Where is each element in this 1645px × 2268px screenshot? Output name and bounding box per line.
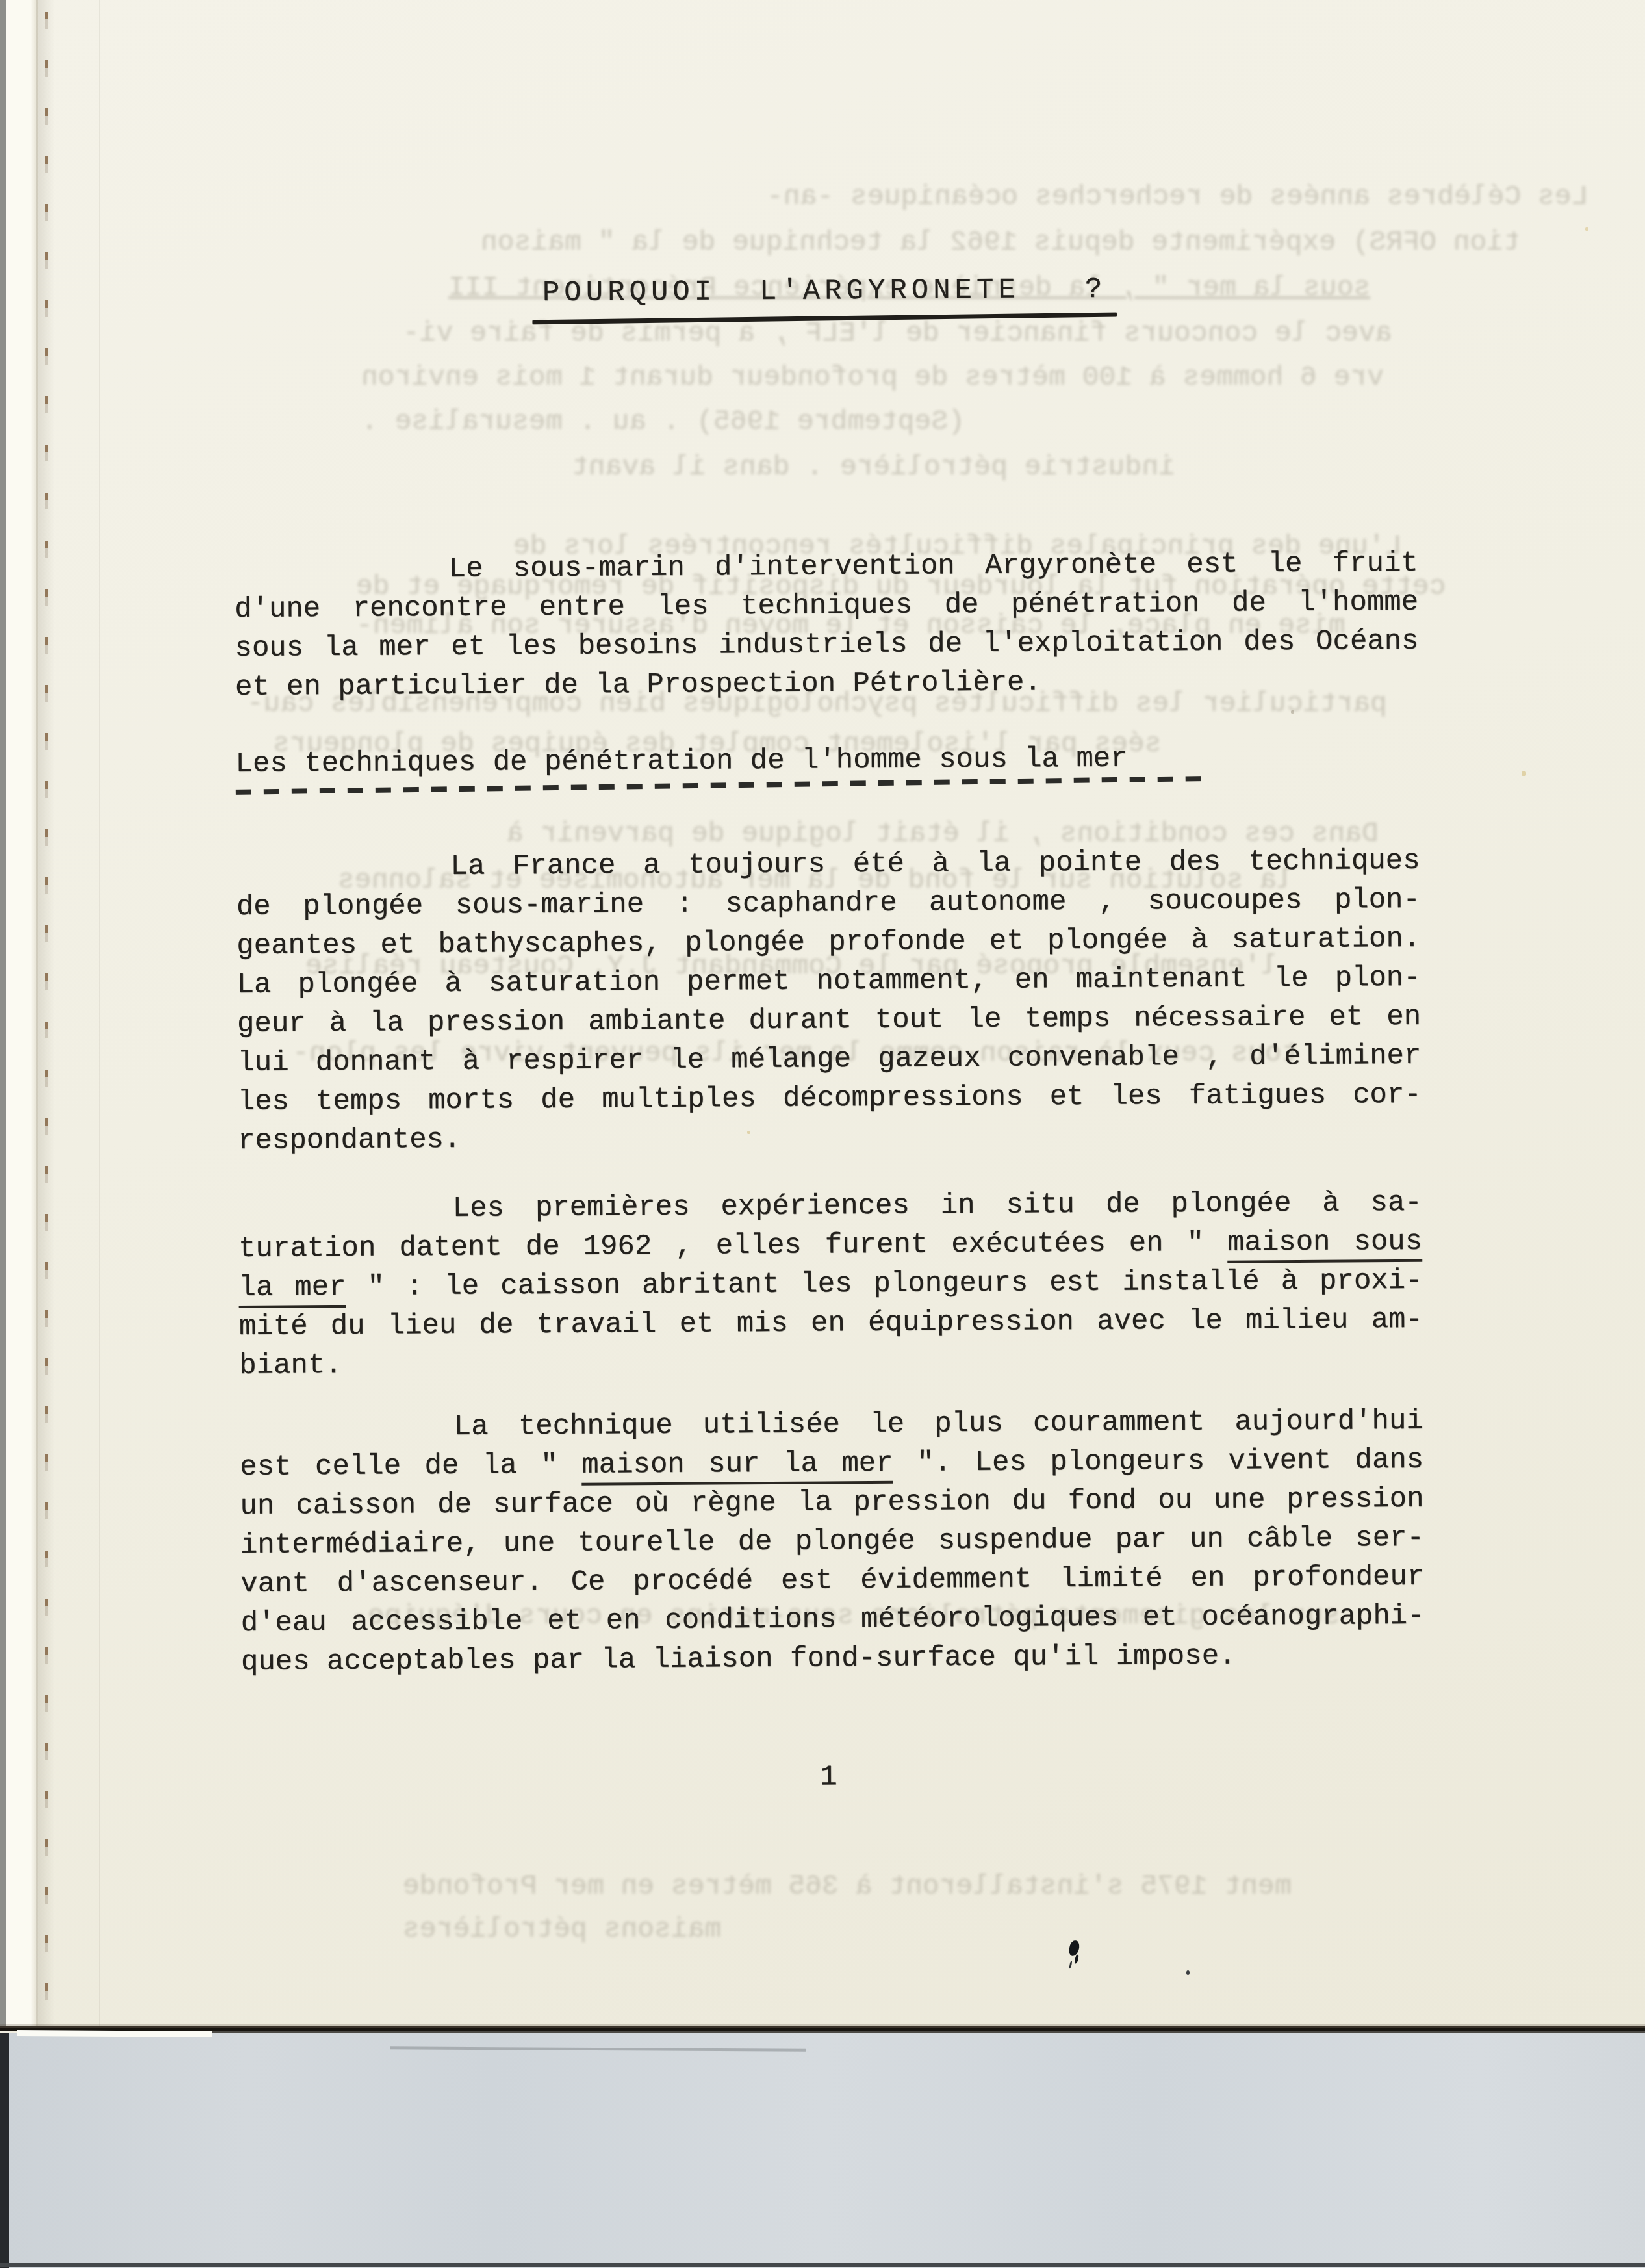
text-segment: La technique utilisée le plus couramment… <box>454 1405 1423 1443</box>
text-line: de plongée sous-marine : scaphandre auto… <box>236 881 1420 927</box>
text-line: d'une rencontre entre les techniques de … <box>235 583 1418 629</box>
typed-content: POURQUOI L'ARGYRONETE ? Le sous-marin d'… <box>233 272 1425 1682</box>
text-segment: Le sous-marin d'intervention Argyronète … <box>449 547 1418 586</box>
text-segment: et en particulier de la Prospection Pétr… <box>235 666 1041 704</box>
section-heading-block: Les techniques de pénétration de l'homme… <box>235 738 1419 791</box>
page-bottom-edge <box>0 2024 1645 2033</box>
text-segment: geur à la pression ambiante durant tout … <box>237 1001 1421 1040</box>
scanner-shadow-line <box>390 2046 806 2051</box>
text-segment: les temps morts de multiples décompressi… <box>238 1079 1422 1118</box>
text-line: La France a toujours été à la pointe des… <box>236 842 1420 888</box>
text-line: d'eau accessible et en conditions météor… <box>240 1597 1424 1643</box>
text-line: respondantes. <box>238 1115 1422 1161</box>
text-segment: mité du lieu de travail et mis en équipr… <box>239 1304 1423 1343</box>
text-segment: d'eau accessible et en conditions météor… <box>240 1600 1424 1640</box>
text-line: geantes et bathyscaphes, plongée profond… <box>236 920 1420 966</box>
text-line: ques acceptables par la liaison fond-sur… <box>241 1636 1425 1682</box>
text-line: geur à la pression ambiante durant tout … <box>237 998 1421 1044</box>
body-paragraphs: La France a toujours été à la pointe des… <box>236 842 1425 1682</box>
page-edge-highlight <box>17 2030 212 2037</box>
text-segment: intermédiaire, une tourelle de plongée s… <box>240 1522 1424 1562</box>
paragraph: Les premières expériences in situ de plo… <box>238 1183 1423 1385</box>
text-line: un caisson de surface où règne la pressi… <box>240 1480 1423 1526</box>
scanned-document: Les Célèbres années de recherches océani… <box>0 0 1645 2268</box>
text-line: et en particulier de la Prospection Pétr… <box>235 661 1419 707</box>
intro-paragraph: Le sous-marin d'intervention Argyronète … <box>235 544 1419 707</box>
bleedthrough-line: maisons pétrolières <box>403 1913 721 1945</box>
text-line: est celle de la " maison sur la mer ". L… <box>240 1441 1423 1487</box>
scanner-bed-strip <box>0 2033 1645 2268</box>
text-segment: ". Les plongeurs vivent dans <box>893 1444 1423 1480</box>
text-segment: respondantes. <box>238 1124 461 1157</box>
paragraph: La France a toujours été à la pointe des… <box>236 842 1422 1161</box>
text-line: turation datent de 1962 , elles furent e… <box>238 1222 1422 1269</box>
text-line: Le sous-marin d'intervention Argyronète … <box>235 544 1418 590</box>
text-line: biant. <box>239 1339 1423 1385</box>
bleedthrough-line: tion OFRS) expérimente depuis 1962 la te… <box>481 226 1520 258</box>
text-segment: vant d'ascenseur. Ce procédé est évidemm… <box>240 1561 1424 1601</box>
text-segment: un caisson de surface où règne la pressi… <box>240 1483 1423 1523</box>
text-segment: est celle de la " <box>240 1449 581 1484</box>
text-segment: La France a toujours été à la pointe des… <box>450 845 1420 883</box>
underlined-phrase: la mer <box>238 1271 346 1308</box>
text-line: vant d'ascenseur. Ce procédé est évidemm… <box>240 1558 1424 1604</box>
text-segment: Les premières expériences in situ de plo… <box>453 1187 1422 1225</box>
text-segment: " : le caisson abritant les plongeurs es… <box>346 1265 1422 1304</box>
text-line: intermédiaire, une tourelle de plongée s… <box>240 1519 1424 1565</box>
title-underline <box>532 313 1117 325</box>
text-line: les temps morts de multiples décompressi… <box>238 1076 1422 1122</box>
page-title: POURQUOI L'ARGYRONETE ? <box>233 272 1416 311</box>
text-segment: ques acceptables par la liaison fond-sur… <box>241 1640 1236 1679</box>
text-line: lui donnant à respirer le mélange gazeux… <box>237 1037 1421 1083</box>
text-segment: biant. <box>239 1349 342 1382</box>
paper-specks <box>0 0 1 1</box>
underlined-phrase: maison sur la mer <box>581 1447 893 1486</box>
text-line: Les premières expériences in situ de plo… <box>238 1183 1422 1230</box>
text-line: la mer " : le caisson abritant les plong… <box>238 1261 1422 1308</box>
title-block: POURQUOI L'ARGYRONETE ? <box>233 272 1416 325</box>
text-segment: de plongée sous-marine : scaphandre auto… <box>236 884 1420 923</box>
bleedthrough-line: Les Célèbres années de recherches océani… <box>767 181 1588 213</box>
page-number: 1 <box>820 1760 837 1793</box>
text-line: La plongée à saturation permet notamment… <box>236 959 1420 1005</box>
paper-page: Les Célèbres années de recherches océani… <box>0 0 1645 2031</box>
text-line: La technique utilisée le plus couramment… <box>240 1402 1423 1448</box>
text-segment: d'une rencontre entre les techniques de … <box>235 586 1418 626</box>
text-line: sous la mer et les besoins industriels d… <box>235 622 1418 668</box>
underlined-phrase: maison sous <box>1227 1226 1422 1263</box>
paragraph: La technique utilisée le plus couramment… <box>240 1402 1425 1682</box>
bleedthrough-line: ment 1975 s'installeront à 365 mètres en… <box>403 1870 1292 1902</box>
text-segment: turation datent de 1962 , elles furent e… <box>238 1227 1227 1265</box>
section-heading: Les techniques de pénétration de l'homme… <box>235 738 1419 784</box>
text-segment: sous la mer et les besoins industriels d… <box>235 625 1418 665</box>
text-segment: lui donnant à respirer le mélange gazeux… <box>237 1040 1421 1079</box>
text-line: mité du lieu de travail et mis en équipr… <box>239 1300 1423 1347</box>
text-segment: geantes et bathyscaphes, plongée profond… <box>236 923 1420 962</box>
ink-dot <box>1186 1970 1190 1975</box>
text-segment: La plongée à saturation permet notamment… <box>236 962 1420 1001</box>
